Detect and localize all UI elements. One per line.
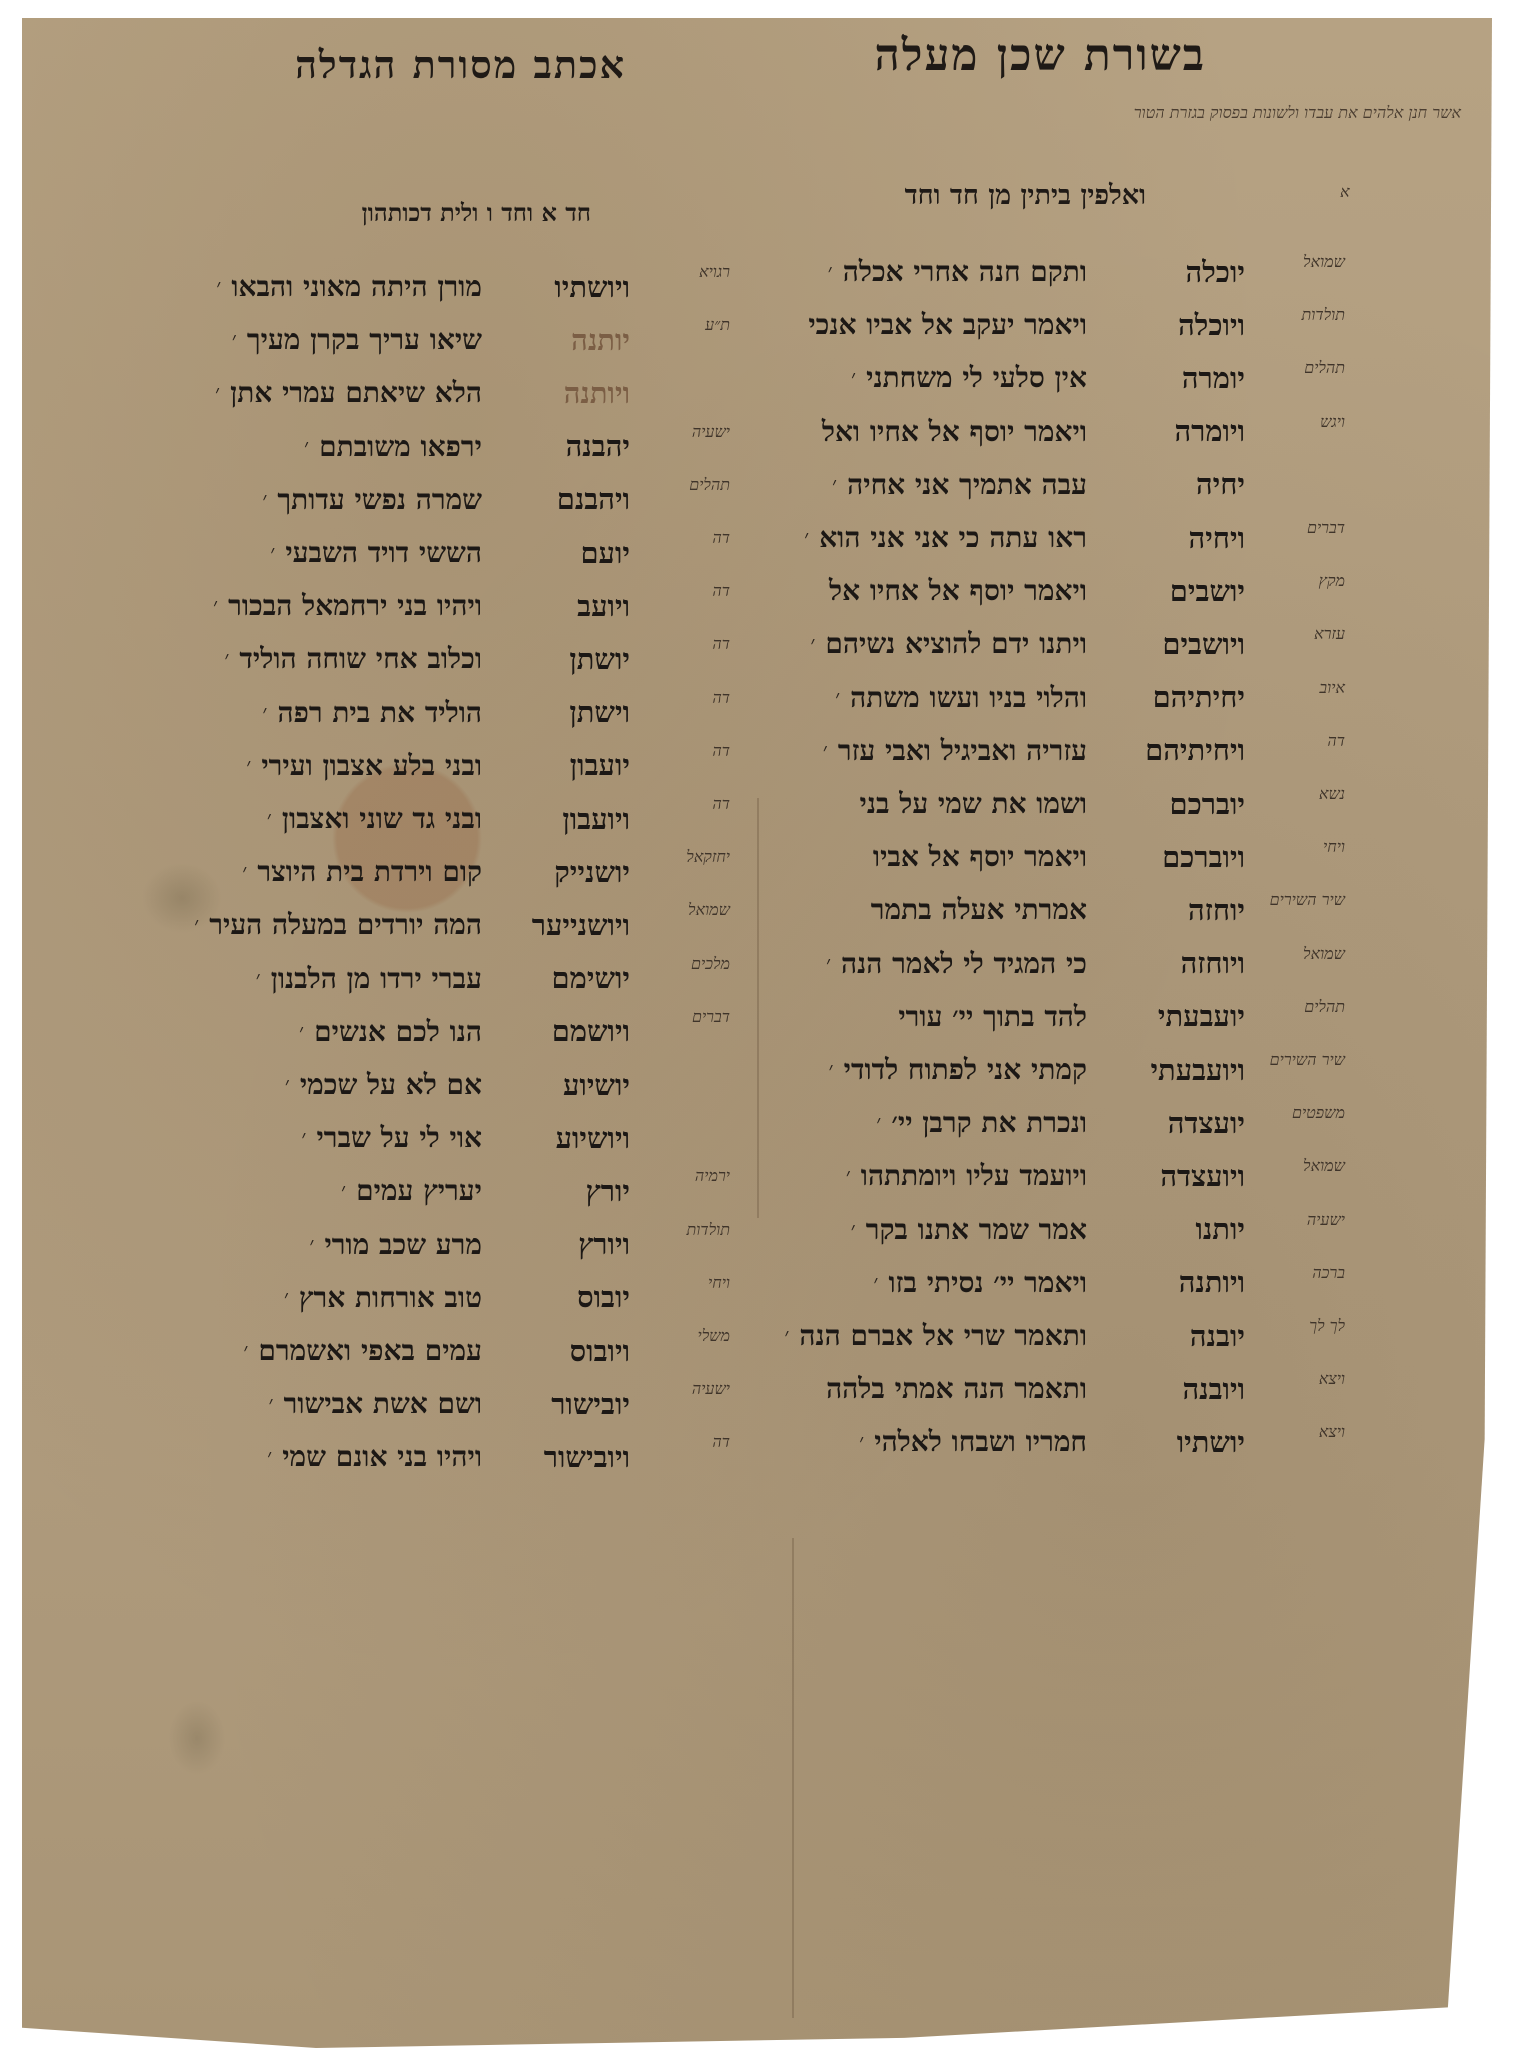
left-row: יושנייקקום וירדת בית היוצר׳ xyxy=(242,847,630,897)
entry-word: ויוברכם xyxy=(1135,840,1245,875)
entry-word: ויוחזה xyxy=(1135,946,1245,981)
right-row: יחיתיהםוהלוי בניו ועשו משתה׳ xyxy=(835,673,1245,723)
verse-mark: ׳ xyxy=(341,1178,346,1204)
margin-note-outer: תהלים xyxy=(1304,997,1345,1017)
verse-mark: ׳ xyxy=(242,859,247,885)
right-row: ויותנהויאמר יי׳ נסיתי בזו׳ xyxy=(873,1258,1245,1308)
margin-note-outer: משפטים xyxy=(1292,1103,1345,1123)
entry-word: ויורץ xyxy=(520,1227,630,1262)
verse-mark: ׳ xyxy=(224,646,229,672)
left-row: ויושנייערהמה יורדים במעלה העיר׳ xyxy=(194,900,630,950)
entry-word: יחיתיהם xyxy=(1135,680,1245,715)
right-row: יוברכםושמו את שמי על בני xyxy=(850,779,1245,829)
margin-note-inner: ירמיה xyxy=(695,1166,730,1186)
verse-mark: ׳ xyxy=(826,951,831,977)
verse-mark: ׳ xyxy=(299,1019,304,1045)
corner-mark: א xyxy=(1340,182,1350,202)
verse-mark: ׳ xyxy=(301,1125,306,1151)
verse-mark: ׳ xyxy=(267,806,272,832)
verse-mark: ׳ xyxy=(784,1323,789,1349)
margin-note-inner: דה xyxy=(712,794,730,814)
entry-verse: ראו עתה כי אני אני הוא xyxy=(819,521,1087,555)
margin-note-inner: דה xyxy=(712,528,730,548)
left-row: יושימםעברי ירדו מן הלבנון׳ xyxy=(256,954,630,1004)
left-subtitle: חד א וחד ו ולית דכותהון xyxy=(362,198,591,228)
margin-note-outer: נשא xyxy=(1319,784,1345,804)
verse-mark: ׳ xyxy=(256,966,261,992)
entry-word: ויובישור xyxy=(520,1440,630,1475)
margin-note-inner: תולדות xyxy=(687,1220,730,1240)
entry-word: יובישור xyxy=(520,1387,630,1422)
entry-word: יותנה xyxy=(520,323,630,358)
margin-note-inner: דה xyxy=(712,741,730,761)
right-row: יובנהותאמר שרי אל אברם הנה׳ xyxy=(784,1311,1245,1361)
entry-verse: ויתנו ידם להוציא נשיהם xyxy=(825,627,1087,661)
right-row: יוכלהותקם חנה אחרי אכלה׳ xyxy=(828,247,1245,297)
entry-verse: ויהיו בני ירחמאל הבכור xyxy=(228,589,482,623)
entry-verse: ויאמר יוסף אל אביו xyxy=(873,840,1087,874)
margin-note-outer: שמואל xyxy=(1303,944,1345,964)
entry-word: ויועב xyxy=(520,589,630,624)
entry-verse: אוי לי על שברי xyxy=(316,1121,482,1155)
entry-word: ויושמם xyxy=(520,1014,630,1049)
verse-mark: ׳ xyxy=(828,259,833,285)
margin-note-outer: ויצא xyxy=(1319,1422,1345,1442)
right-row: יועצדהונכרת את קרבן יי׳׳ xyxy=(876,1098,1245,1148)
margin-note-outer: שיר השירים xyxy=(1270,1050,1345,1070)
entry-verse: אמרתי אעלה בתמר xyxy=(871,893,1087,927)
entry-word: יושימם xyxy=(520,961,630,996)
entry-verse: המה יורדים במעלה העיר xyxy=(209,908,482,942)
verse-mark: ׳ xyxy=(873,1270,878,1296)
margin-note-outer: תולדות xyxy=(1302,305,1345,325)
entry-word: יובנה xyxy=(1135,1319,1245,1354)
right-row: ויוחזהכי המגיד לי לאמר הנה׳ xyxy=(826,939,1245,989)
entry-verse: ובני בלע אצבון ועירי xyxy=(261,749,482,783)
entry-word: ויועבעתי xyxy=(1135,1053,1245,1088)
entry-word: יושבים xyxy=(1135,574,1245,609)
margin-note-inner: דה xyxy=(712,581,730,601)
entry-verse: אם לא על שכמי xyxy=(300,1068,482,1102)
verse-mark: ׳ xyxy=(269,1391,274,1417)
entry-verse: מורן היתה מאוני והבאו xyxy=(231,270,482,304)
entry-verse: הנו לכם אנשים xyxy=(314,1015,482,1049)
verse-mark: ׳ xyxy=(810,631,815,657)
entry-verse: להד בתוך יי׳ עורי xyxy=(898,1000,1087,1034)
left-row: יותנהשיאו עריך בקרן מעיך׳ xyxy=(232,315,630,365)
entry-verse: ויועמד עליו ויומתתהו xyxy=(861,1159,1087,1193)
left-row: יועבוןובני בלע אצבון ועירי׳ xyxy=(246,741,630,791)
margin-note-outer: עזרא xyxy=(1314,624,1345,644)
entry-word: ויותנה xyxy=(1135,1265,1245,1300)
verse-mark: ׳ xyxy=(262,487,267,513)
entry-verse: חמריו ושבחו לאלהי xyxy=(874,1425,1087,1459)
verse-mark: ׳ xyxy=(267,1444,272,1470)
left-row: ויהבנםשמרה נפשי עדותך׳ xyxy=(262,475,630,525)
margin-note-inner: דה xyxy=(712,688,730,708)
margin-note-inner: משלי xyxy=(698,1326,731,1346)
margin-note-inner: ישעיה xyxy=(692,422,730,442)
right-row: יועבעתילהד בתוך יי׳ עורי xyxy=(888,992,1245,1042)
entry-verse: קום וירדת בית היוצר xyxy=(257,855,482,889)
verse-mark: ׳ xyxy=(309,1232,314,1258)
entry-verse: ותאמר שרי אל אברם הנה xyxy=(799,1319,1087,1353)
entry-verse: מרע שכב מורי xyxy=(324,1228,482,1262)
verse-mark: ׳ xyxy=(213,593,218,619)
verse-mark: ׳ xyxy=(285,1072,290,1098)
left-row: יובישורושם אשת אבישור׳ xyxy=(269,1379,631,1429)
margin-note-inner: דה xyxy=(712,1432,730,1452)
margin-note-inner: יחזקאל xyxy=(686,847,730,867)
right-row: ויחיהראו עתה כי אני אני הוא׳ xyxy=(804,513,1245,563)
entry-word: ויובוס xyxy=(520,1334,630,1369)
left-row: יושיועאם לא על שכמי׳ xyxy=(285,1060,630,1110)
verse-mark: ׳ xyxy=(262,700,267,726)
margin-note-outer: ויחי xyxy=(1323,837,1345,857)
entry-verse: ויהיו בני אונם שמי xyxy=(282,1440,482,1474)
entry-word: יורץ xyxy=(520,1174,630,1209)
margin-note-outer: ישעיה xyxy=(1307,1210,1345,1230)
entry-word: יועצדה xyxy=(1135,1106,1245,1141)
margin-note-inner: ת״ע xyxy=(705,315,730,335)
entry-word: ויושיוע xyxy=(520,1121,630,1156)
left-row: ויושתיומורן היתה מאוני והבאו׳ xyxy=(216,262,630,312)
verse-mark: ׳ xyxy=(832,472,837,498)
entry-word: ויומרה xyxy=(1135,414,1245,449)
entry-verse: ויאמר יעקב אל אביו אנכי xyxy=(808,308,1087,342)
entry-word: ויחיתיהם xyxy=(1135,733,1245,768)
right-subtitle: ואלפין ביתין מן חד וחד xyxy=(905,180,1146,211)
entry-verse: והלוי בניו ועשו משתה xyxy=(850,681,1087,715)
left-row: יובוסטוב אורחות ארץ׳ xyxy=(284,1273,630,1323)
right-title: בשורת שכן מעלה xyxy=(875,30,1206,81)
verse-mark: ׳ xyxy=(829,1057,834,1083)
entry-verse: הוליד את בית רפה xyxy=(278,696,482,730)
left-row: ויועבויהיו בני ירחמאל הבכור׳ xyxy=(213,581,630,631)
margin-note-outer: ויגש xyxy=(1320,412,1345,432)
verse-mark: ׳ xyxy=(846,1163,851,1189)
verse-mark: ׳ xyxy=(284,1285,289,1311)
entry-word: ויובנה xyxy=(1135,1372,1245,1407)
verse-mark: ׳ xyxy=(270,540,275,566)
verse-mark: ׳ xyxy=(823,738,828,764)
entry-verse: כי המגיד לי לאמר הנה xyxy=(841,947,1087,981)
entry-verse: עזריה ואביגיל ואבי עזר xyxy=(838,734,1087,768)
entry-word: יומרה xyxy=(1135,361,1245,396)
left-row: ויועבוןובני גד שוני ואצבון׳ xyxy=(267,794,630,844)
entry-verse: יעריץ עמים xyxy=(356,1174,482,1208)
right-row: ויוכלהויאמר יעקב אל אביו אנכי xyxy=(798,300,1245,350)
margin-note-outer: שיר השירים xyxy=(1270,890,1345,910)
entry-verse: עברי ירדו מן הלבנון xyxy=(271,962,482,996)
entry-word: יוחזה xyxy=(1135,893,1245,928)
right-row: יושתיוחמריו ושבחו לאלהי׳ xyxy=(859,1417,1245,1467)
entry-verse: שמרה נפשי עדותך xyxy=(277,483,482,517)
verse-mark: ׳ xyxy=(835,685,840,711)
entry-word: ויושבים xyxy=(1135,627,1245,662)
right-row: ויושביםויתנו ידם להוציא נשיהם׳ xyxy=(810,619,1245,669)
margin-note-outer: תהלים xyxy=(1304,358,1345,378)
entry-word: יושנייק xyxy=(520,855,630,890)
margin-note-inner: רגויא xyxy=(699,262,730,282)
entry-word: ויחיה xyxy=(1135,521,1245,556)
verse-mark: ׳ xyxy=(851,365,856,391)
margin-note-outer: איוב xyxy=(1319,678,1345,698)
entry-word: יועם xyxy=(520,536,630,571)
entry-verse: ירפאו משובתם xyxy=(319,430,482,464)
left-row: יועםהששי דויד השבעי׳ xyxy=(270,528,630,578)
entry-word: יועבון xyxy=(520,748,630,783)
margin-note-outer: שמואל xyxy=(1303,1156,1345,1176)
entry-verse: ויאמר יוסף אל אחיו ואל xyxy=(822,415,1087,449)
margin-note-outer: שמואל xyxy=(1303,252,1345,272)
right-row: ויועצדהויועמד עליו ויומתתהו׳ xyxy=(846,1151,1245,1201)
margin-note-outer: ויצא xyxy=(1319,1369,1345,1389)
left-row: ויובישורויהיו בני אונם שמי׳ xyxy=(267,1432,630,1482)
entry-verse: ויאמר יי׳ נסיתי בזו xyxy=(889,1266,1088,1300)
entry-word: יובוס xyxy=(520,1280,630,1315)
entry-verse: קמתי אני לפתוח לדודי xyxy=(844,1053,1087,1087)
entry-word: יותנו xyxy=(1135,1212,1245,1247)
entry-word: וישתן xyxy=(520,695,630,730)
entry-word: ויושתיו xyxy=(520,270,630,305)
verse-mark: ׳ xyxy=(804,525,809,551)
entry-word: יהבנה xyxy=(520,429,630,464)
margin-note-outer: מקץ xyxy=(1319,571,1345,591)
left-row: יושתןוכלוב אחי שוחה הוליד׳ xyxy=(224,634,630,684)
left-row: ויובוסעמים באפי ואשמרם׳ xyxy=(243,1326,630,1376)
left-row: וישתןהוליד את בית רפה׳ xyxy=(262,688,630,738)
margin-note-inner: תהלים xyxy=(689,475,730,495)
right-row: ויוברכםויאמר יוסף אל אביו xyxy=(863,832,1245,882)
entry-word: יושתן xyxy=(520,642,630,677)
margin-note-outer: ברכה xyxy=(1312,1263,1345,1283)
entry-verse: עבה אתמיך אני אחיה xyxy=(847,468,1087,502)
margin-note-outer: לך לך xyxy=(1309,1316,1345,1336)
verse-mark: ׳ xyxy=(232,327,237,353)
entry-verse: אין סלעי לי משחתני xyxy=(866,361,1087,395)
entry-verse: ובני גד שוני ואצבון xyxy=(282,802,482,836)
left-row: ויושיועאוי לי על שברי׳ xyxy=(301,1113,630,1163)
verse-mark: ׳ xyxy=(215,380,220,406)
entry-word: יושיוע xyxy=(520,1068,630,1103)
left-row: יהבנהירפאו משובתם׳ xyxy=(304,422,630,472)
left-row: ויושמםהנו לכם אנשים׳ xyxy=(299,1007,630,1057)
right-row: יחיהעבה אתמיך אני אחיה׳ xyxy=(832,460,1245,510)
entry-word: יחיה xyxy=(1135,467,1245,502)
left-row: ויורץמרע שכב מורי׳ xyxy=(309,1220,630,1270)
entry-verse: טוב אורחות ארץ xyxy=(299,1281,482,1315)
entry-word: יוברכם xyxy=(1135,787,1245,822)
top-note: אשר חנן אלהים את עבדו ולשונות בפסוק בגזר… xyxy=(1134,103,1461,123)
right-row: יוחזהאמרתי אעלה בתמר xyxy=(861,885,1245,935)
entry-verse: שיאו עריך בקרן מעיך xyxy=(247,323,482,357)
entry-word: ויוכלה xyxy=(1135,308,1245,343)
right-row: ויומרהויאמר יוסף אל אחיו ואל xyxy=(812,407,1245,457)
entry-verse: אמר שמר אתנו בקר xyxy=(866,1213,1087,1247)
left-row: ויותנההלא שיאתם עמרי אתן׳ xyxy=(215,368,630,418)
fold-line xyxy=(757,798,759,1218)
entry-verse: ושם אשת אבישור xyxy=(284,1387,482,1421)
margin-note-inner: מלכים xyxy=(691,954,730,974)
margin-note-inner: ויחי xyxy=(708,1273,730,1293)
entry-verse: הלא שיאתם עמרי אתן xyxy=(230,376,482,410)
verse-mark: ׳ xyxy=(876,1110,881,1136)
entry-word: ויהבנם xyxy=(520,482,630,517)
right-row: ויחיתיהםעזריה ואביגיל ואבי עזר׳ xyxy=(823,726,1245,776)
verse-mark: ׳ xyxy=(859,1429,864,1455)
margin-note-inner: דה xyxy=(712,634,730,654)
margin-note-inner: ישעיה xyxy=(692,1379,730,1399)
right-row: יומרהאין סלעי לי משחתני׳ xyxy=(851,353,1245,403)
entry-verse: ויאמר יוסף אל אחיו אל xyxy=(829,574,1087,608)
verse-mark: ׳ xyxy=(243,1338,248,1364)
entry-word: יוכלה xyxy=(1135,255,1245,290)
entry-verse: ונכרת את קרבן יי׳ xyxy=(891,1106,1087,1140)
right-row: ויועבעתיקמתי אני לפתוח לדודי׳ xyxy=(829,1045,1245,1095)
margin-note-inner: דברים xyxy=(692,1007,730,1027)
right-row: ויובנהותאמר הנה אמתי בלהה xyxy=(816,1364,1245,1414)
margin-note-outer: דברים xyxy=(1307,518,1345,538)
verse-mark: ׳ xyxy=(246,753,251,779)
verse-mark: ׳ xyxy=(304,434,309,460)
entry-word: ויועבון xyxy=(520,802,630,837)
entry-verse: הששי דויד השבעי xyxy=(285,536,482,570)
entry-verse: ושמו את שמי על בני xyxy=(860,787,1087,821)
entry-verse: ותאמר הנה אמתי בלהה xyxy=(826,1372,1087,1406)
entry-word: ויותנה xyxy=(520,376,630,411)
margin-note-inner: שמואל xyxy=(688,900,730,920)
entry-word: יועבעתי xyxy=(1135,999,1245,1034)
right-row: יושביםויאמר יוסף אל אחיו אל xyxy=(819,566,1245,616)
entry-word: יושתיו xyxy=(1135,1425,1245,1460)
entry-word: ויועצדה xyxy=(1135,1159,1245,1194)
entry-verse: עמים באפי ואשמרם xyxy=(258,1334,482,1368)
left-row: יורץיעריץ עמים׳ xyxy=(341,1166,630,1216)
margin-note-outer: דה xyxy=(1327,731,1345,751)
verse-mark: ׳ xyxy=(851,1217,856,1243)
verse-mark: ׳ xyxy=(216,274,221,300)
verse-mark: ׳ xyxy=(194,912,199,938)
right-row: יותנואמר שמר אתנו בקר׳ xyxy=(851,1205,1245,1255)
fold-line xyxy=(792,1538,794,2018)
left-title: אכתב מסורת הגדלה xyxy=(295,42,626,88)
entry-word: ויושנייער xyxy=(520,908,630,943)
entry-verse: וכלוב אחי שוחה הוליד xyxy=(239,642,482,676)
entry-verse: ותקם חנה אחרי אכלה xyxy=(843,255,1087,289)
